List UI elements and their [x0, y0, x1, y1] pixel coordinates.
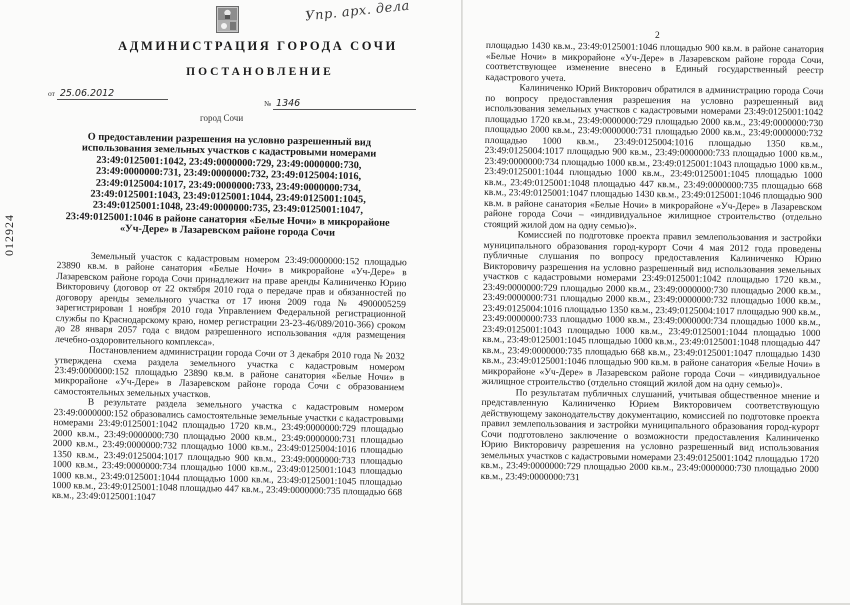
decree-number-line: № 1346: [264, 98, 416, 110]
body-paragraph: По результатам публичных слушаний, учиты…: [481, 387, 820, 486]
page-1-body: Земельный участок с кадастровым номером …: [52, 251, 407, 509]
sochi-coat-of-arms-icon: [216, 6, 239, 33]
handwritten-resolution-note: Упр. арх. дела: [305, 0, 411, 24]
date-prefix: от: [48, 89, 55, 98]
body-paragraph: Калиниченко Юрий Викторович обратился в …: [484, 83, 824, 234]
decree-number: 1346: [273, 98, 416, 110]
body-paragraph: Постановлением администрации города Сочи…: [54, 345, 405, 405]
document-page-2: 2 площадью 1430 кв.м., 23:49:0125001:104…: [462, 0, 850, 605]
document-page-1: Упр. арх. дела АДМИНИСТРАЦИЯ ГОРОДА СОЧИ…: [0, 0, 462, 605]
issuing-authority: АДМИНИСТРАЦИЯ ГОРОДА СОЧИ: [108, 39, 408, 54]
registration-stamp-number: 012924: [2, 205, 17, 265]
page-2-body: площадью 1430 кв.м., 23:49:0125001:1046 …: [481, 41, 824, 486]
body-paragraph: В результате раздела земельного участка …: [52, 397, 404, 509]
decree-date-line: от 25.06.2012: [48, 88, 168, 100]
document-type: ПОСТАНОВЛЕНИЕ: [150, 66, 370, 78]
page-number: 2: [655, 31, 660, 41]
decree-subject-heading: О предоставлении разрешения на условно р…: [60, 131, 397, 241]
city-of-issue: город Сочи: [200, 113, 243, 123]
body-paragraph: Комиссией по подготовке проекта правил з…: [482, 230, 822, 392]
body-paragraph: площадью 1430 кв.м., 23:49:0125001:1046 …: [485, 41, 823, 87]
body-paragraph: Земельный участок с кадастровым номером …: [55, 251, 407, 352]
decree-date: 25.06.2012: [57, 88, 168, 100]
number-prefix: №: [264, 99, 271, 108]
